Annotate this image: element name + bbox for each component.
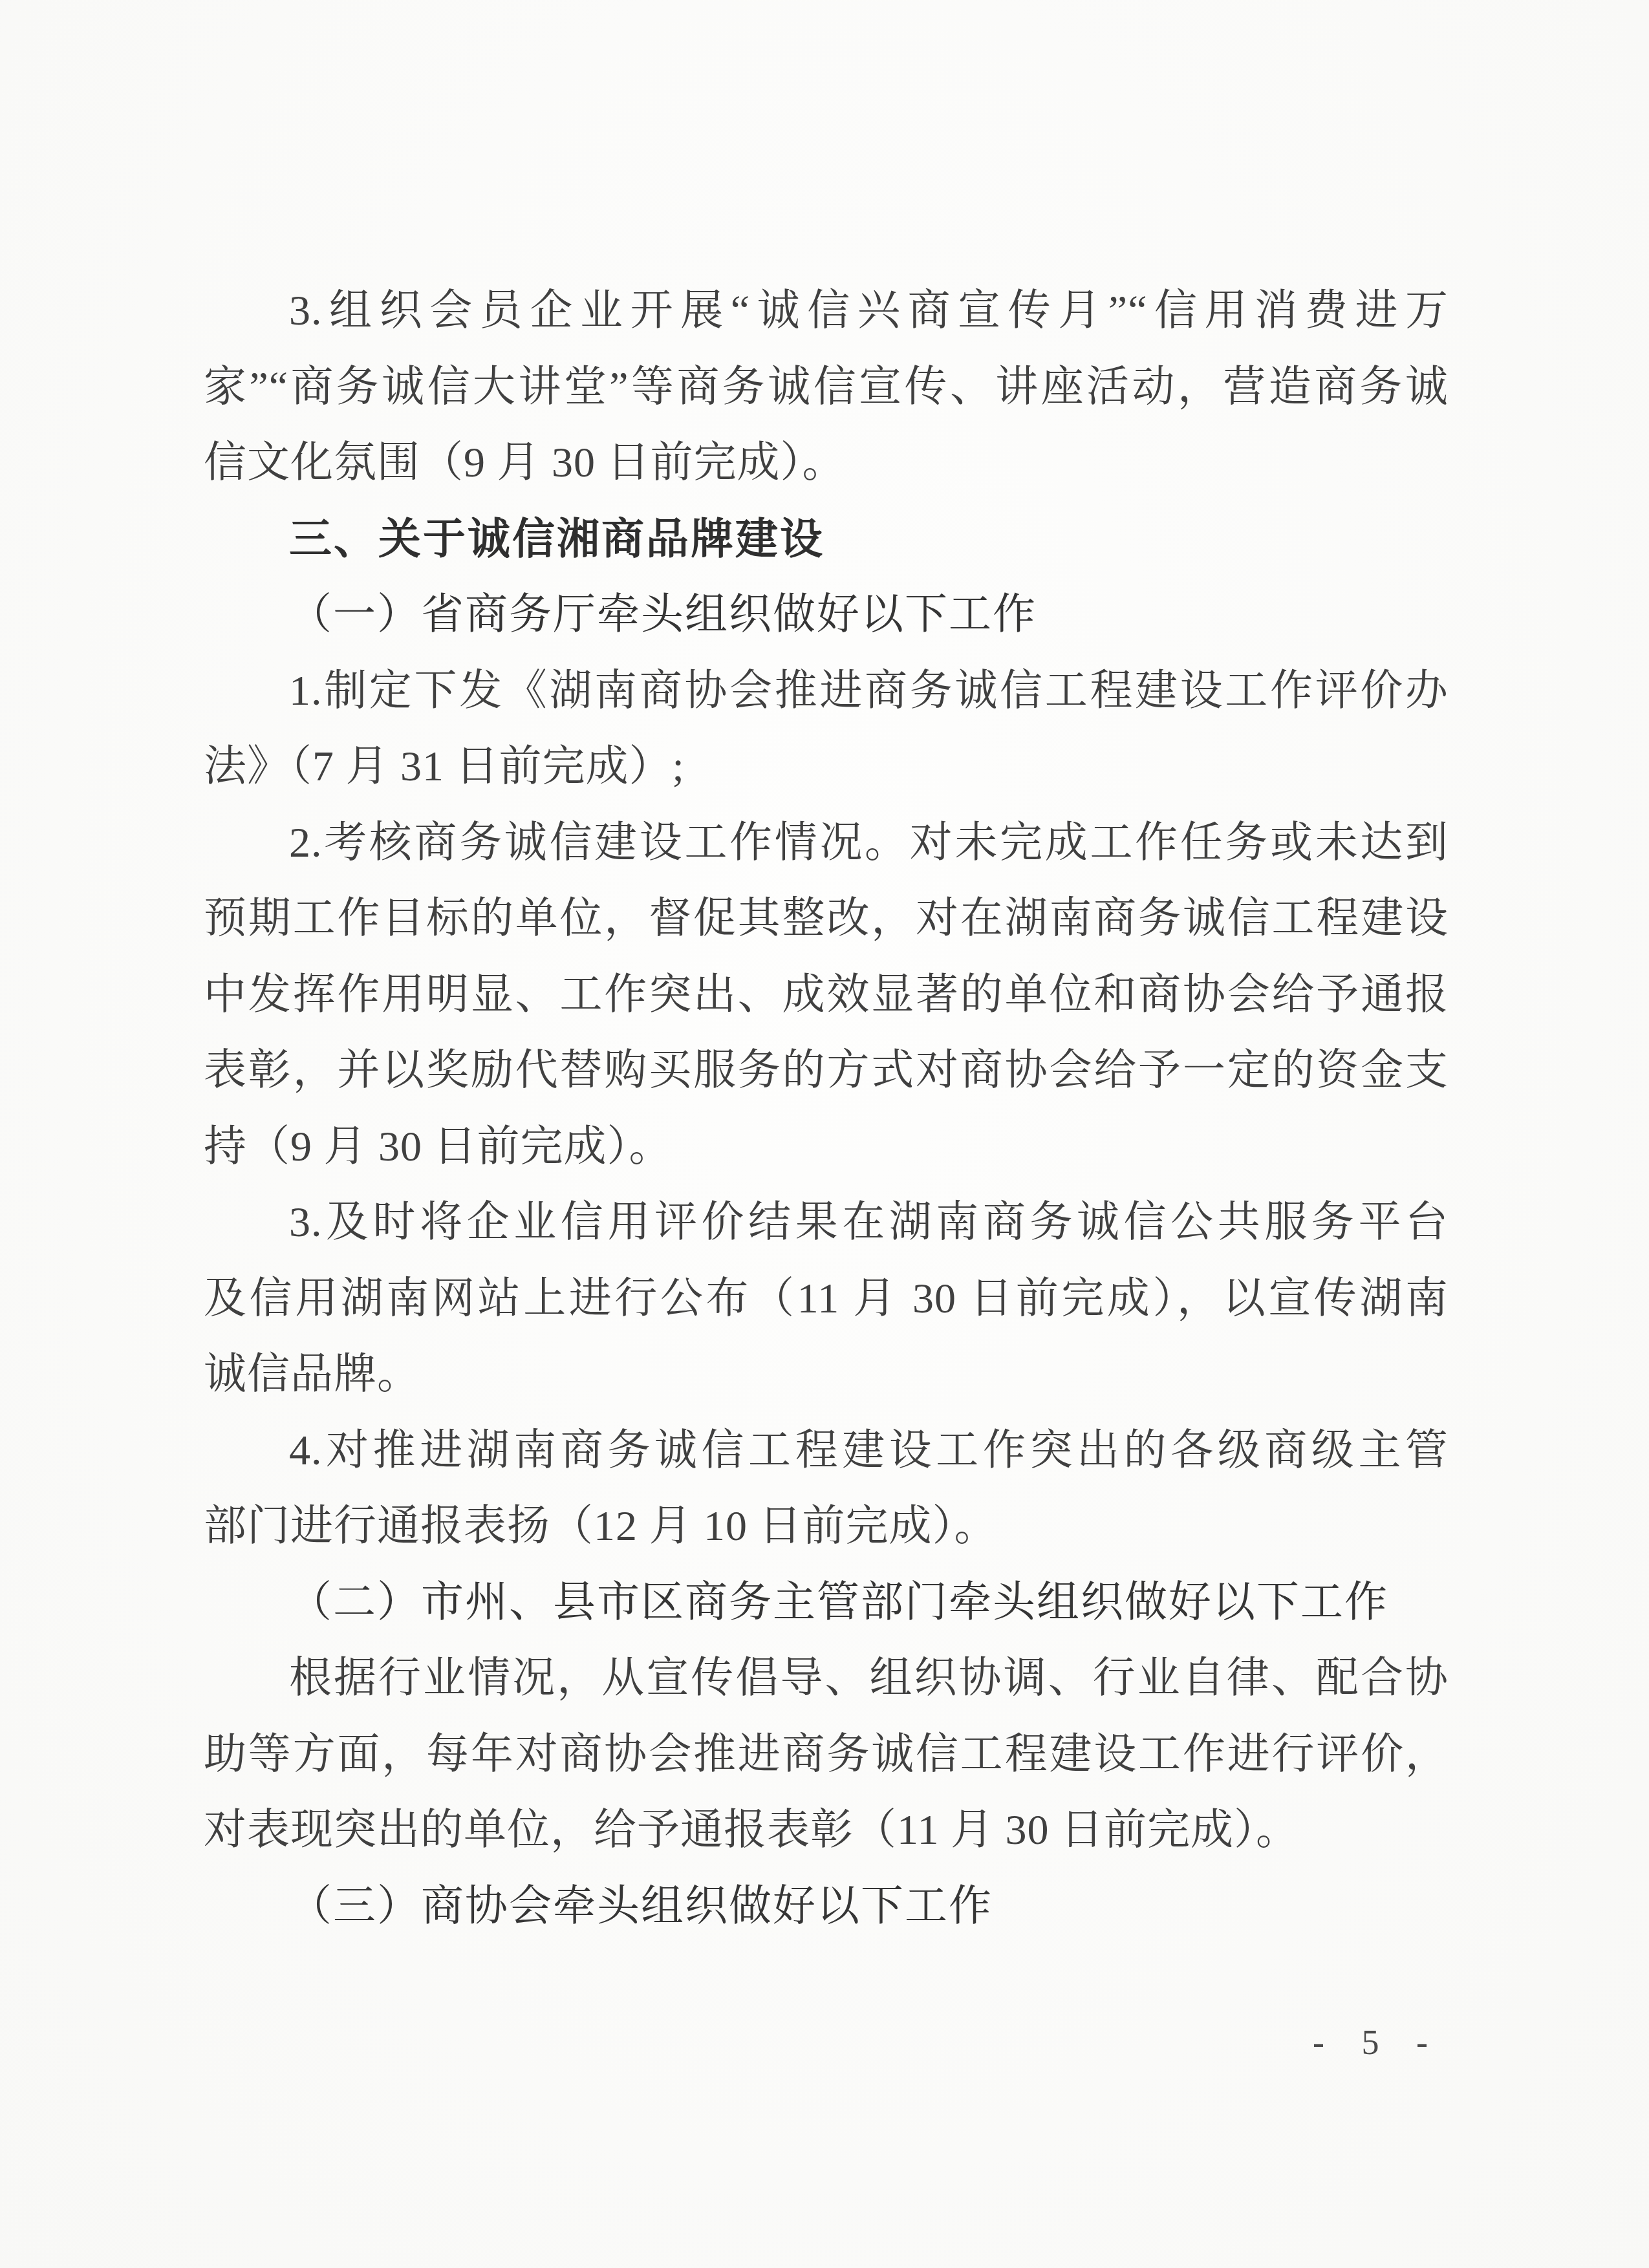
text-line: 3.组织会员企业开展“诚信兴商宣传月”“信用消费进万 [204, 273, 1449, 349]
text-line: 表彰，并以奖励代替购买服务的方式对商协会给予一定的资金支 [204, 1032, 1449, 1109]
document-page: 3.组织会员企业开展“诚信兴商宣传月”“信用消费进万家”“商务诚信大讲堂”等商务… [0, 0, 1649, 2268]
heading-line: （三）商协会牵头组织做好以下工作 [204, 1868, 1449, 1945]
heading-line: （二）市州、县市区商务主管部门牵头组织做好以下工作 [204, 1565, 1449, 1641]
text-line: 助等方面，每年对商协会推进商务诚信工程建设工作进行评价， [204, 1717, 1449, 1793]
text-line: 部门进行通报表扬（12 月 10 日前完成）。 [204, 1488, 1449, 1565]
text-line: 1.制定下发《湖南商协会推进商务诚信工程建设工作评价办 [204, 653, 1449, 729]
heading-line: （一）省商务厅牵头组织做好以下工作 [204, 577, 1449, 653]
text-line: 根据行业情况，从宣传倡导、组织协调、行业自律、配合协 [204, 1640, 1449, 1717]
text-line: 对表现突出的单位，给予通报表彰（11 月 30 日前完成）。 [204, 1792, 1449, 1868]
text-line: 2.考核商务诚信建设工作情况。对未完成工作任务或未达到 [204, 805, 1449, 881]
text-line: 及信用湖南网站上进行公布（11 月 30 日前完成），以宣传湖南 [204, 1261, 1449, 1337]
text-line: 诚信品牌。 [204, 1336, 1449, 1413]
text-line: 信文化氛围（9 月 30 日前完成）。 [204, 425, 1449, 501]
heading-line: 三、关于诚信湘商品牌建设 [204, 501, 1449, 577]
text-line: 持（9 月 30 日前完成）。 [204, 1109, 1449, 1185]
text-line: 4.对推进湖南商务诚信工程建设工作突出的各级商级主管 [204, 1413, 1449, 1489]
page-number: - 5 - [1313, 2022, 1442, 2062]
document-body: 3.组织会员企业开展“诚信兴商宣传月”“信用消费进万家”“商务诚信大讲堂”等商务… [204, 273, 1449, 1944]
text-line: 3.及时将企业信用评价结果在湖南商务诚信公共服务平台 [204, 1184, 1449, 1261]
text-line: 家”“商务诚信大讲堂”等商务诚信宣传、讲座活动，营造商务诚 [204, 349, 1449, 425]
text-line: 中发挥作用明显、工作突出、成效显著的单位和商协会给予通报 [204, 957, 1449, 1033]
text-line: 预期工作目标的单位，督促其整改，对在湖南商务诚信工程建设 [204, 881, 1449, 957]
text-line: 法》（7 月 31 日前完成）; [204, 729, 1449, 805]
